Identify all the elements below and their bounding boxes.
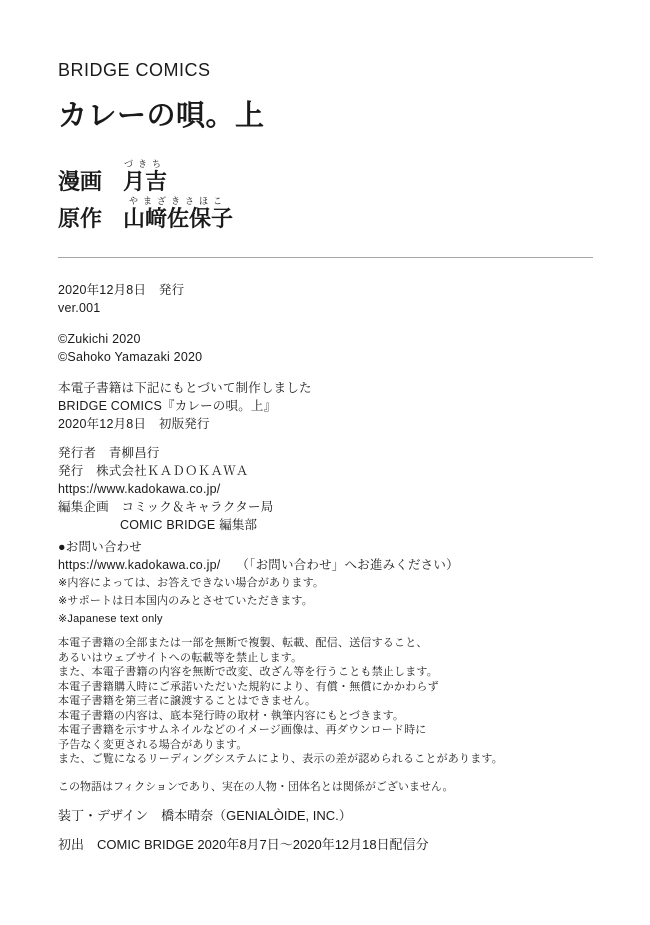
publisher-company: 発行 株式会社ＫＡＤＯＫＡＷＡ bbox=[58, 462, 610, 480]
credit-role: 漫画 bbox=[58, 170, 102, 193]
source-note-line: BRIDGE COMICS『カレーの唄。上』 bbox=[58, 397, 610, 415]
legal-line: 本電子書籍の内容は、底本発行時の取材・執筆内容にもとづきます。 bbox=[58, 709, 610, 724]
legal-line: 本電子書籍を示すサムネイルなどのイメージ画像は、再ダウンロード時に bbox=[58, 723, 610, 738]
contact-url: https://www.kadokawa.co.jp/ bbox=[58, 558, 220, 572]
colophon-page: BRIDGE COMICS カレーの唄。上 漫画月吉づきち 原作山﨑佐保子やまざ… bbox=[0, 0, 650, 925]
contact-heading: ●お問い合わせ bbox=[58, 538, 610, 556]
legal-line: 本電子書籍を第三者に譲渡することはできません。 bbox=[58, 694, 610, 709]
copyright-line: ©Zukichi 2020 bbox=[58, 330, 610, 348]
fiction-disclaimer: この物語はフィクションであり、実在の人物・団体名とは関係がございません。 bbox=[58, 780, 610, 795]
credit-name-text: 月吉 bbox=[123, 169, 167, 194]
legal-block: 本電子書籍の全部または一部を無断で複製、転載、配信、送信すること、 あるいはウェ… bbox=[58, 636, 610, 767]
credit-role: 原作 bbox=[58, 207, 102, 230]
imprint-label: BRIDGE COMICS bbox=[58, 59, 610, 81]
contact-notes: ※内容によっては、お答えできない場合があります。 ※サポートは日本国内のみとさせ… bbox=[58, 575, 610, 629]
section-divider bbox=[58, 257, 593, 258]
credit-name: 山﨑佐保子やまざきさほこ bbox=[123, 206, 233, 231]
publication-block: 2020年12月8日 発行 ver.001 bbox=[58, 281, 610, 317]
credit-furigana: やまざきさほこ bbox=[123, 196, 233, 206]
contact-note: ※サポートは日本国内のみとさせていただきます。 bbox=[58, 593, 610, 611]
source-note-line: 2020年12月8日 初版発行 bbox=[58, 415, 610, 433]
legal-line: また、ご覧になるリーディングシステムにより、表示の差が認められることがあります。 bbox=[58, 752, 610, 767]
legal-line: 本電子書籍購入時にご承諾いただいた規約により、有償・無償にかかわらず bbox=[58, 680, 610, 695]
legal-line: 予告なく変更される場合があります。 bbox=[58, 738, 610, 753]
credit-name: 月吉づきち bbox=[123, 169, 167, 194]
publisher-editorial: COMIC BRIDGE 編集部 bbox=[58, 516, 610, 534]
first-publication: 初出 COMIC BRIDGE 2020年8月7日～2020年12月18日配信分 bbox=[58, 837, 610, 853]
legal-line: 本電子書籍の全部または一部を無断で複製、転載、配信、送信すること、 bbox=[58, 636, 610, 651]
publication-date: 2020年12月8日 発行 bbox=[58, 281, 610, 299]
credits-block: 漫画月吉づきち 原作山﨑佐保子やまざきさほこ bbox=[58, 159, 610, 230]
source-edition-block: 本電子書籍は下記にもとづいて制作しました BRIDGE COMICS『カレーの唄… bbox=[58, 379, 610, 433]
design-credit: 装丁・デザイン 橋本晴奈（GENIALÒIDE, INC.） bbox=[58, 808, 610, 824]
copyright-line: ©Sahoko Yamazaki 2020 bbox=[58, 348, 610, 366]
contact-block: ●お問い合わせ https://www.kadokawa.co.jp/（「お問い… bbox=[58, 538, 610, 629]
publisher-block: 発行者 青柳昌行 発行 株式会社ＫＡＤＯＫＡＷＡ https://www.kad… bbox=[58, 444, 610, 534]
version-number: ver.001 bbox=[58, 299, 610, 317]
contact-url-note: （「お問い合わせ」へお進みください） bbox=[236, 558, 458, 572]
legal-line: あるいはウェブサイトへの転載等を禁止します。 bbox=[58, 651, 610, 666]
legal-line: また、本電子書籍の内容を無断で改変、改ざん等を行うことも禁止します。 bbox=[58, 665, 610, 680]
contact-url-line: https://www.kadokawa.co.jp/（「お問い合わせ」へお進み… bbox=[58, 556, 610, 574]
copyright-block: ©Zukichi 2020 ©Sahoko Yamazaki 2020 bbox=[58, 330, 610, 366]
credit-name-text: 山﨑佐保子 bbox=[123, 206, 233, 231]
source-note-line: 本電子書籍は下記にもとづいて制作しました bbox=[58, 379, 610, 397]
publisher-planning: 編集企画 コミック＆キャラクター局 bbox=[58, 498, 610, 516]
credit-line-manga: 漫画月吉づきち bbox=[58, 159, 610, 193]
publisher-issuer: 発行者 青柳昌行 bbox=[58, 444, 610, 462]
publisher-url: https://www.kadokawa.co.jp/ bbox=[58, 480, 610, 498]
contact-note: ※内容によっては、お答えできない場合があります。 bbox=[58, 575, 610, 593]
book-title: カレーの唄。上 bbox=[58, 99, 610, 133]
contact-note: ※Japanese text only bbox=[58, 611, 610, 629]
credit-furigana: づきち bbox=[123, 159, 167, 169]
credit-line-original-story: 原作山﨑佐保子やまざきさほこ bbox=[58, 196, 610, 230]
